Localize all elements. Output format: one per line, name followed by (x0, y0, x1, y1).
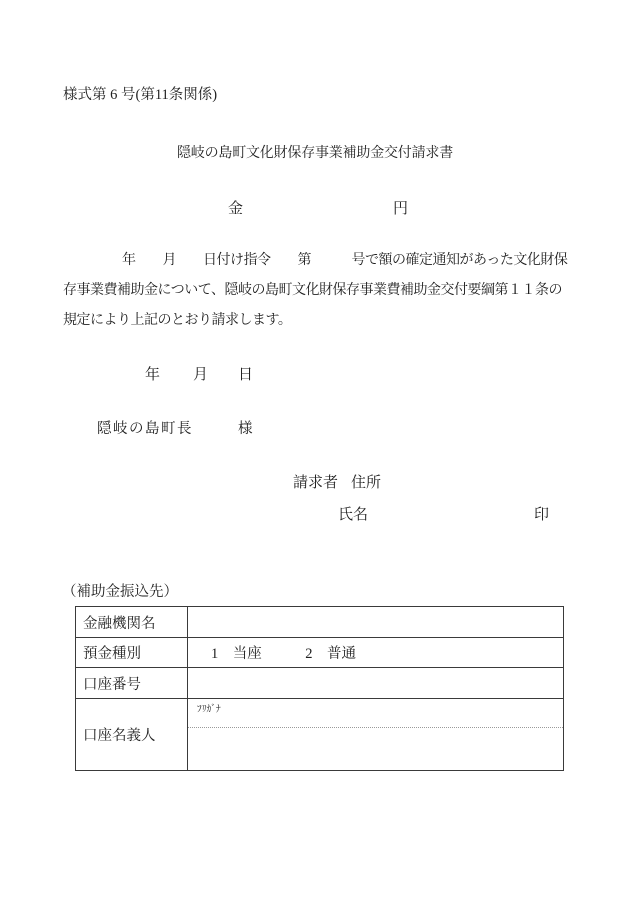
bank-name-value-cell (188, 607, 564, 638)
body-line-2: 存事業費補助金について、隠岐の島町文化財保存事業費補助金交付要綱第１１条の (63, 276, 573, 306)
form-number: 様式第 6 号(第11条関係) (63, 83, 217, 104)
bank-transfer-table: 金融機関名 預金種別 1 当座 2 普通 口座番号 口座名義人 ﾌﾘｶﾞﾅ (75, 606, 564, 771)
requester-label: 請求者 (293, 471, 338, 492)
date-year-label: 年 (145, 363, 160, 384)
table-row-account-holder: 口座名義人 ﾌﾘｶﾞﾅ (76, 699, 564, 771)
body-line-3: 規定により上記のとおり請求します。 (63, 306, 573, 336)
table-row-bank-name: 金融機関名 (76, 607, 564, 638)
account-type-label: 預金種別 (76, 638, 188, 668)
table-row-account-number: 口座番号 (76, 668, 564, 699)
date-month-label: 月 (193, 363, 208, 384)
requester-seal-label: 印 (534, 503, 549, 524)
table-row-account-type: 預金種別 1 当座 2 普通 (76, 638, 564, 668)
account-number-value-cell (188, 668, 564, 699)
addressee-name: 隠岐の島町長 (97, 417, 193, 438)
addressee-honorific: 様 (238, 417, 253, 438)
account-holder-name-space (188, 728, 563, 770)
requester-name-label: 氏名 (338, 503, 368, 524)
bank-name-label: 金融機関名 (76, 607, 188, 638)
account-type-options: 1 当座 2 普通 (188, 638, 564, 668)
date-day-label: 日 (238, 363, 253, 384)
amount-unit-label: 円 (393, 197, 408, 218)
document-page: 様式第 6 号(第11条関係) 隠岐の島町文化財保存事業補助金交付請求書 金 円… (0, 0, 630, 915)
furigana-label: ﾌﾘｶﾞﾅ (188, 699, 563, 728)
body-paragraph: 年 月 日付け指令 第 号で額の確定通知があった文化財保 存事業費補助金について… (63, 246, 573, 336)
amount-prefix-label: 金 (228, 197, 243, 218)
account-number-label: 口座番号 (76, 668, 188, 699)
account-holder-value-cell: ﾌﾘｶﾞﾅ (188, 699, 564, 771)
account-holder-label: 口座名義人 (76, 699, 188, 771)
document-title: 隠岐の島町文化財保存事業補助金交付請求書 (0, 142, 630, 162)
requester-address-label: 住所 (351, 471, 381, 492)
body-line-1: 年 月 日付け指令 第 号で額の確定通知があった文化財保 (63, 246, 573, 276)
bank-transfer-caption: （補助金振込先） (62, 580, 178, 601)
